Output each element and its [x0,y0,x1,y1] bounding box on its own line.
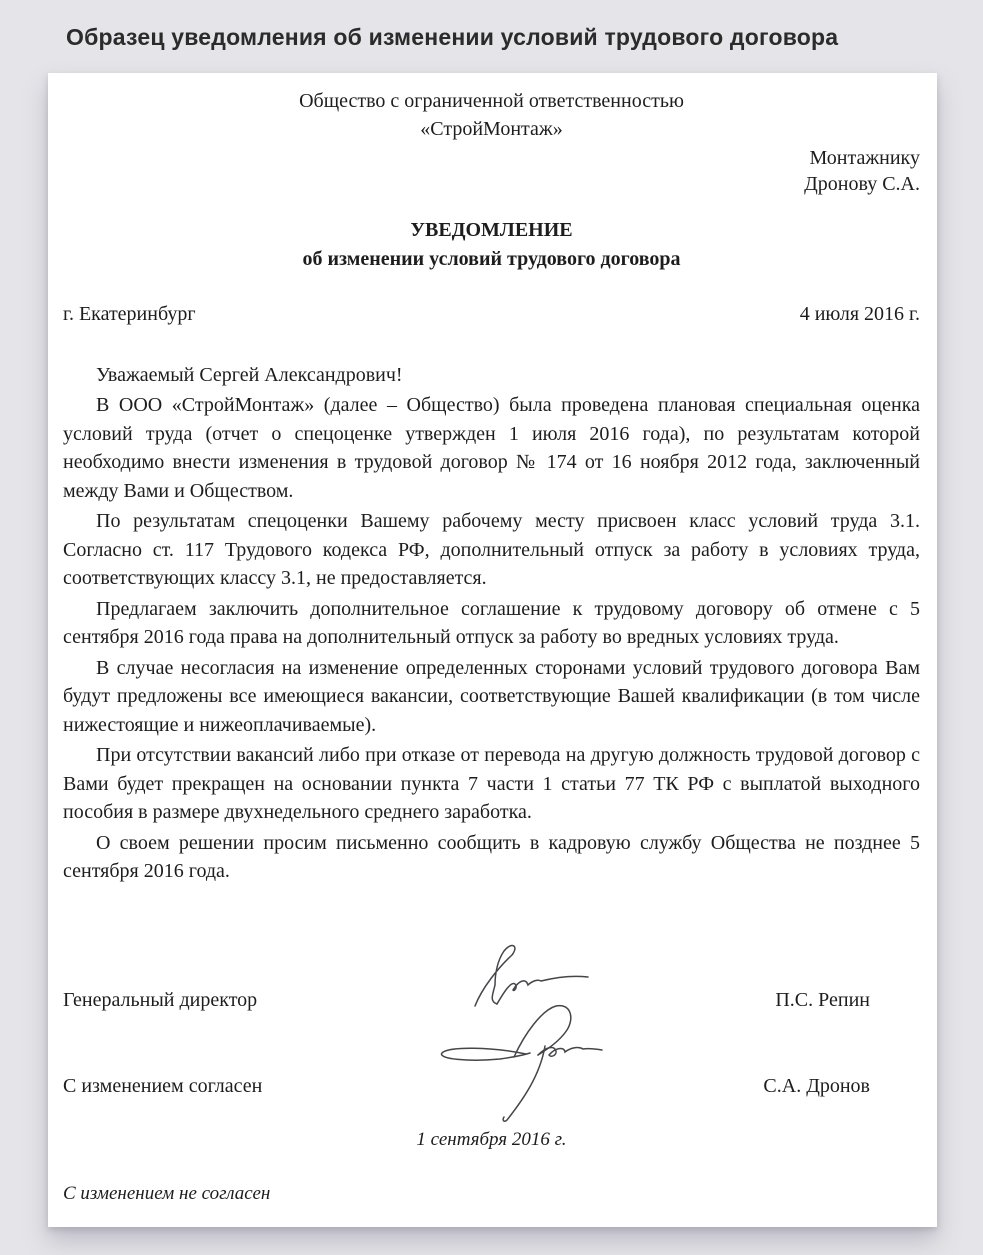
document-paper: Общество с ограниченной ответственностью… [48,73,937,1227]
disagree-note: С изменением не согласен [63,1181,920,1207]
company-name-line2: «СтройМонтаж» [63,115,920,143]
addressee-position: Монтажнику [63,145,920,171]
page-title: Образец уведомления об изменении условий… [66,22,838,52]
employee-consent-label: С изменением согласен [63,1072,262,1100]
paragraph-1: В ООО «СтройМонтаж» (далее – Общество) б… [63,391,920,505]
page: { "page": { "title": "Образец уведомлени… [0,0,983,1255]
document-heading-line1: УВЕДОМЛЕНИЕ [63,216,920,245]
signature-row-employee: С изменением согласен С.А. Дронов [63,1072,920,1100]
paragraph-6: О своем решении просим письменно сообщит… [63,829,920,886]
document-heading: УВЕДОМЛЕНИЕ об изменении условий трудово… [63,216,920,274]
signature-date: 1 сентября 2016 г. [63,1127,920,1153]
city-date-row: г. Екатеринбург 4 июля 2016 г. [63,300,920,328]
director-title: Генеральный директор [63,986,257,1014]
addressee: Монтажнику Дронову С.А. [63,145,920,197]
salutation: Уважаемый Сергей Александрович! [63,361,920,389]
paragraph-5: При отсутствии вакансий либо при отказе … [63,741,920,827]
document-city: г. Екатеринбург [63,300,196,328]
paragraph-2: По результатам спецоценки Вашему рабочем… [63,507,920,593]
company-name-line1: Общество с ограниченной ответственностью [63,87,920,115]
paragraph-3: Предлагаем заключить дополнительное согл… [63,595,920,652]
director-name: П.С. Репин [775,986,920,1014]
document-heading-line2: об изменении условий трудового договора [63,245,920,274]
employee-name: С.А. Дронов [763,1072,920,1100]
paragraph-4: В случае несогласия на изменение определ… [63,654,920,740]
document-date: 4 июля 2016 г. [800,300,920,328]
addressee-name: Дронову С.А. [63,171,920,197]
company-name: Общество с ограниченной ответственностью… [63,87,920,143]
signature-row-director: Генеральный директор П.С. Репин [63,986,920,1014]
